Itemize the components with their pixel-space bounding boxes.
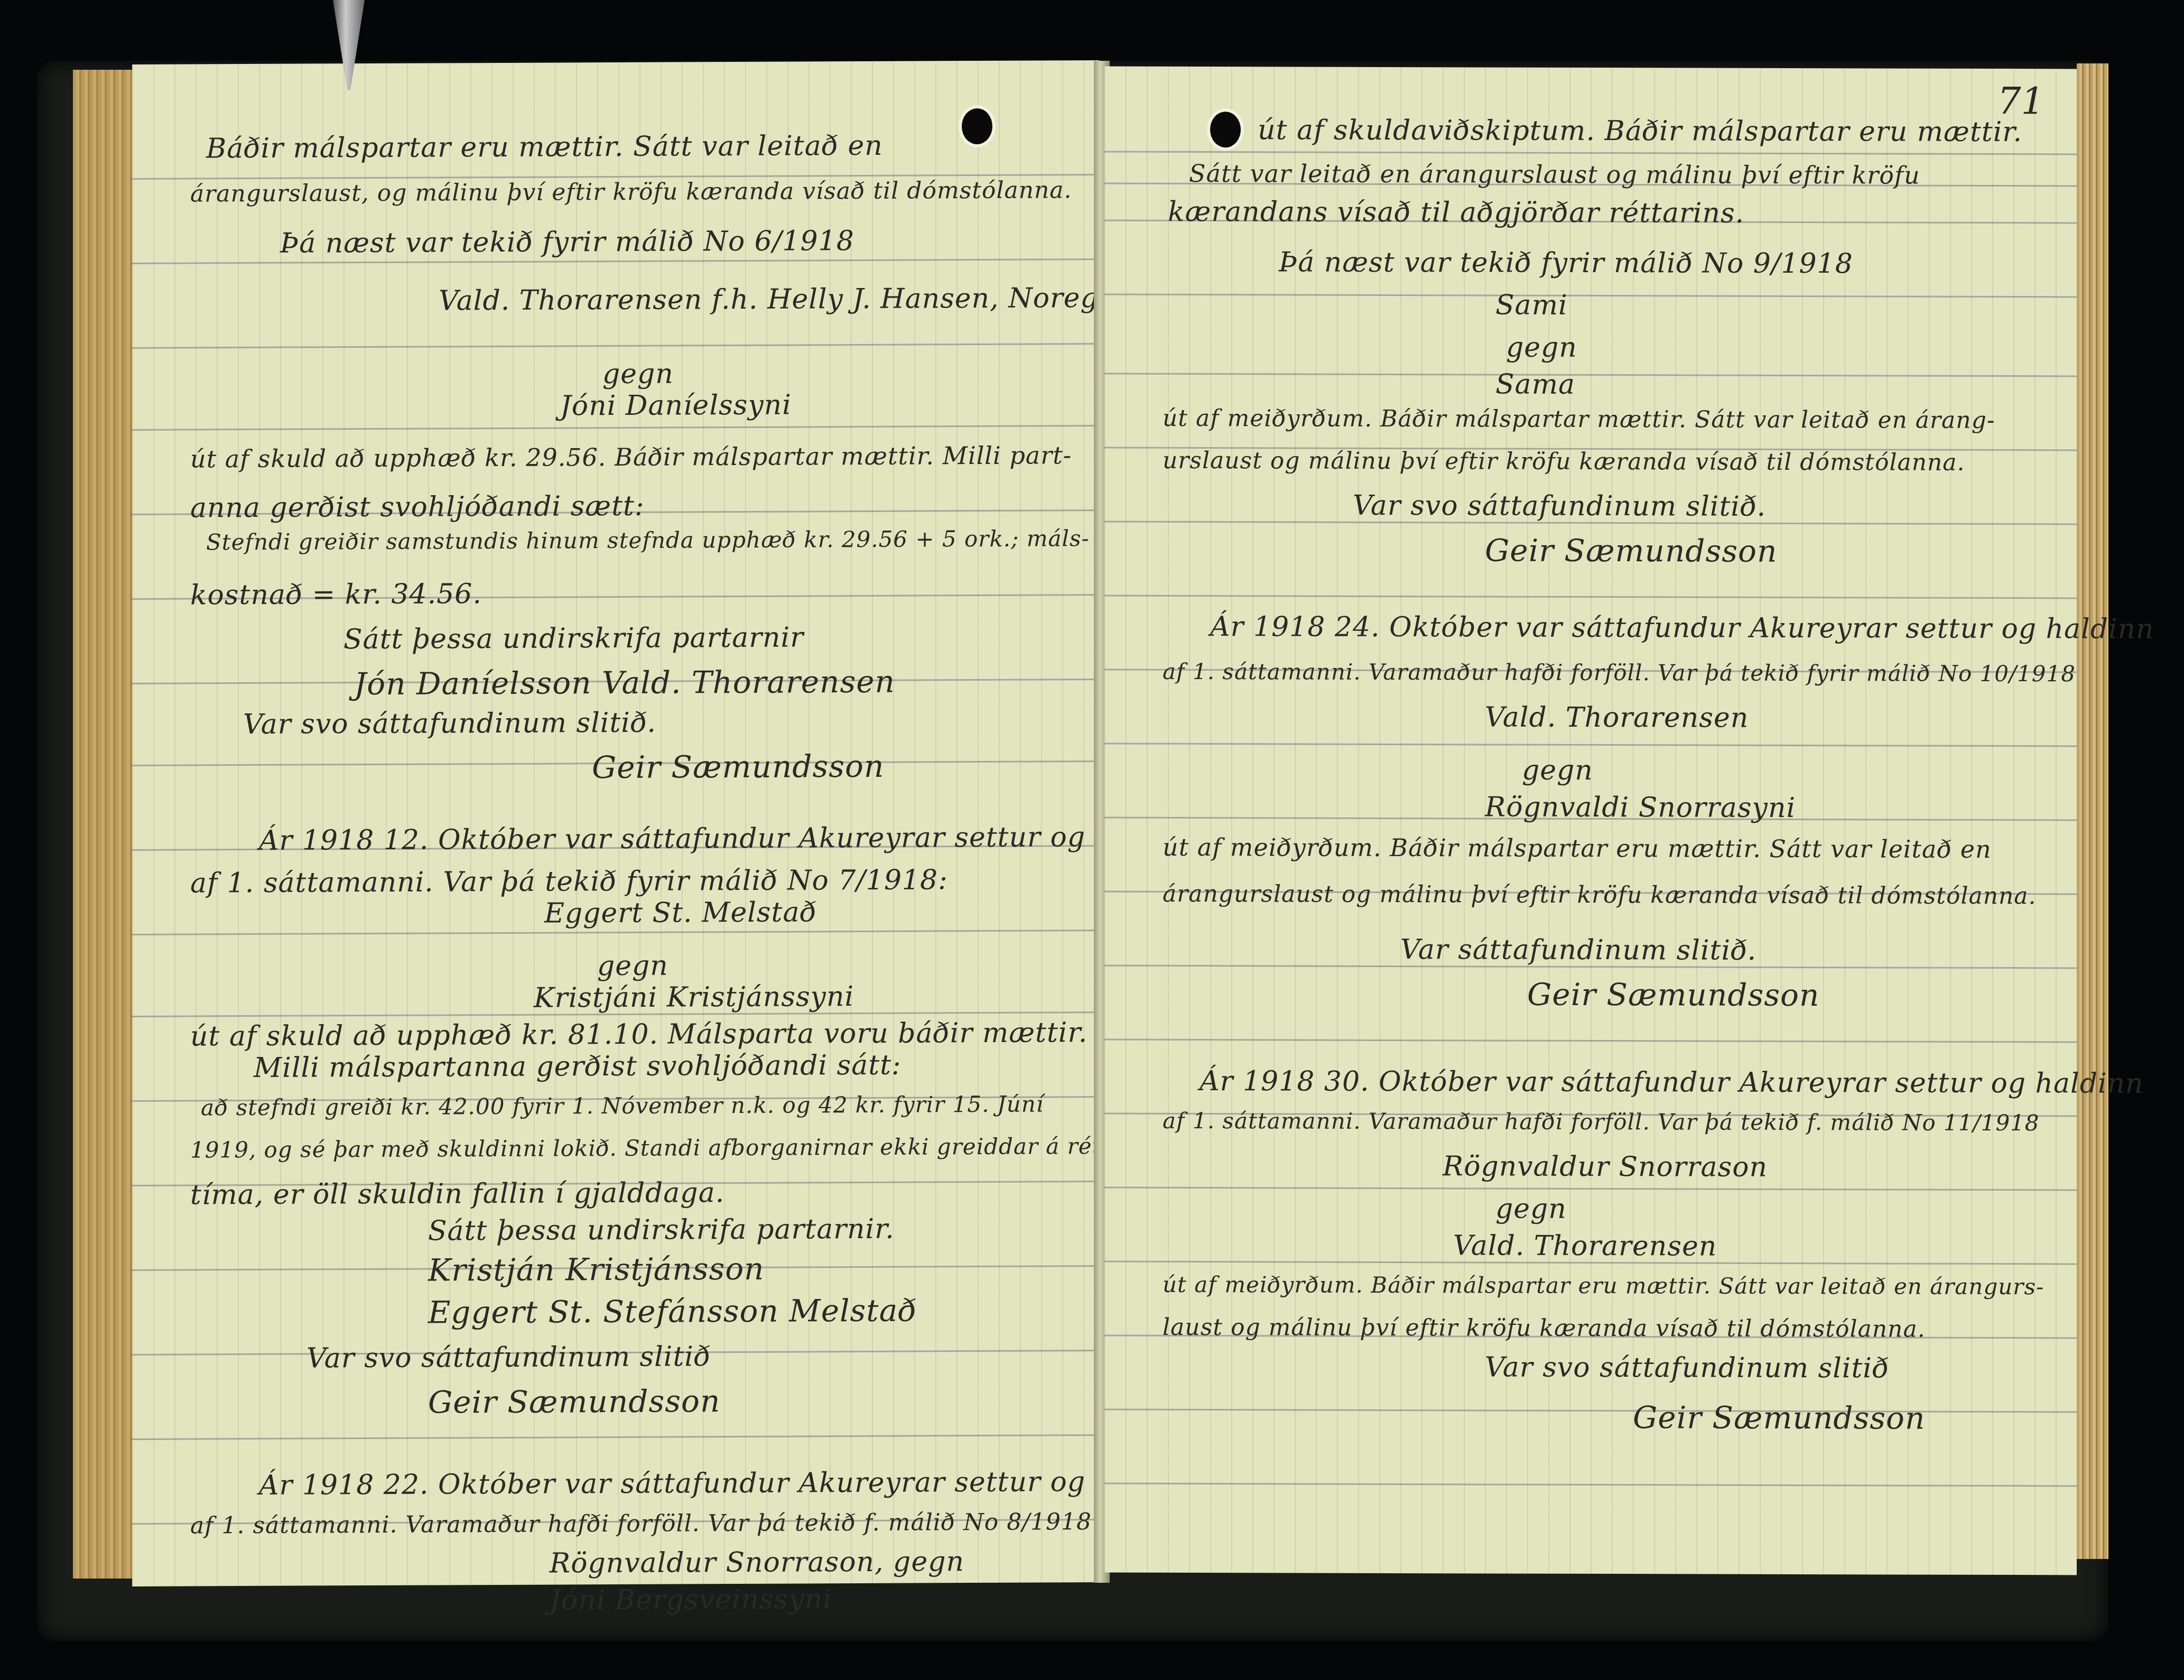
text-line: út af skuld að upphæð kr. 81.10. Málspar… [190,1017,1088,1052]
text-line: Þá næst var tekið fyrir málið No 6/1918 [280,225,854,259]
signature: Eggert St. Stefánsson Melstað [428,1293,917,1331]
text-line: Sátt þessa undirskrifa partarnir [343,621,804,655]
left-page-edges [73,70,132,1579]
text-line: Var sáttafundinum slitið. [1400,934,1757,967]
text-line: Ár 1918 22. Október var sáttafundur Akur… [259,1465,1203,1501]
text-line: Ár 1918 30. Október var sáttafundur Akur… [1200,1065,2144,1100]
text-line: að stefndi greiði kr. 42.00 fyrir 1. Nóv… [201,1091,1044,1120]
text-line: Var svo sáttafundinum slitið [306,1341,711,1374]
text-line: gegn [1506,332,1577,364]
text-line: Milli málspartanna gerðist svohljóðandi … [254,1050,902,1084]
text-line: Jóni Daníelssyni [560,389,792,422]
text-line: Eggert St. Melstað [544,896,817,929]
punch-hole [1210,112,1241,147]
text-line: af 1. sáttamanni. Varamaður hafði forföl… [190,1508,1092,1539]
text-line: tíma, er öll skuldin fallin í gjalddaga. [190,1177,724,1211]
text-line: Vald. Thorarensen f.h. Helly J. Hansen, … [439,282,1108,317]
text-line: Var svo sáttafundinum slitið. [1353,490,1766,523]
text-line: Vald. Thorarensen [1453,1230,1717,1262]
text-line: Báðir málspartar eru mættir. Sátt var le… [206,130,883,165]
text-line: gegn [597,950,668,982]
text-line: Stefndi greiðir samstundis hinum stefnda… [206,525,1090,555]
text-line: Ár 1918 24. Október var sáttafundur Akur… [1210,611,2154,645]
text-line: gegn [1522,755,1593,786]
text-line: Rögnvaldi Snorrasyni [1485,791,1796,824]
text-line: Sátt þessa undirskrifa partarnir. [428,1213,895,1247]
signature: Geir Sæmundsson [592,748,884,785]
text-line: Sátt var leitað en árangurslaust og máli… [1189,159,1920,190]
text-line: af 1. sáttamanni. Varamaður hafði forföl… [1163,658,2076,687]
text-line: út af meiðyrðum. Báðir málspartar mættir… [1163,405,1995,434]
text-line: árangurslaust og málinu því eftir kröfu … [1163,880,2037,909]
text-line: út af meiðyrðum. Báðir málspartar eru mæ… [1163,1271,2044,1300]
text-line: laust og málinu því eftir kröfu kæranda … [1163,1314,1926,1343]
text-line: Sama [1495,369,1575,401]
text-line: kostnað = kr. 34.56. [190,578,482,611]
text-line: Ár 1918 12. Október var sáttafundur Akur… [259,821,1203,857]
text-line: Rögnvaldur Snorrason, gegn [550,1546,964,1579]
text-line: Rögnvaldur Snorrason [1443,1150,1768,1183]
signature: Geir Sæmundsson [1633,1399,1925,1436]
text-line: af 1. sáttamanni. Varamaður hafði forföl… [1163,1108,2040,1136]
text-line: Þá næst var tekið fyrir málið No 9/1918 [1279,246,1853,280]
text-line: 1919, og sé þar með skuldinni lokið. Sta… [190,1133,1147,1163]
text-line: Vald. Thorarensen [1485,701,1749,734]
text-line: Kristjáni Kristjánssyni [534,981,854,1014]
text-line: kærandans vísað til aðgjörðar réttarins. [1168,196,1744,229]
text-line: anna gerðist svohljóðandi sætt: [190,490,645,524]
signature: Kristján Kristjánsson [428,1251,764,1288]
left-page: Báðir málspartar eru mættir. Sátt var le… [132,60,1099,1586]
punch-hole [962,108,992,144]
text-line: Var svo sáttafundinum slitið [1485,1351,1889,1384]
text-line: út af skuldaviðskiptum. Báðir málspartar… [1258,114,2022,148]
right-page: 71 út af skuldaviðskiptum. Báðir málspar… [1104,67,2077,1575]
right-page-edges [2077,63,2108,1559]
text-line: Jóni Bergsveinssyni [550,1583,832,1616]
signature: Geir Sæmundsson [1485,532,1777,569]
text-line: gegn [602,358,674,391]
text-line: urslaust og málinu því eftir kröfu kæran… [1163,447,1965,476]
signature: Geir Sæmundsson [1527,977,1819,1013]
signature: Jón Daníelsson Vald. Thorarensen [354,664,895,702]
text-line: gegn [1495,1193,1567,1225]
text-line: Sami [1495,290,1568,321]
text-line: Var svo sáttafundinum slitið. [243,707,656,740]
text-line: af 1. sáttamanni. Var þá tekið fyrir mál… [190,864,948,899]
signature: Geir Sæmundsson [428,1383,720,1420]
text-line: út af meiðyrðum. Báðir málspartar eru mæ… [1163,833,1992,864]
text-line: út af skuld að upphæð kr. 29.56. Báðir m… [190,441,1072,473]
text-line: árangurslaust, og málinu því eftir kröfu… [190,177,1072,207]
